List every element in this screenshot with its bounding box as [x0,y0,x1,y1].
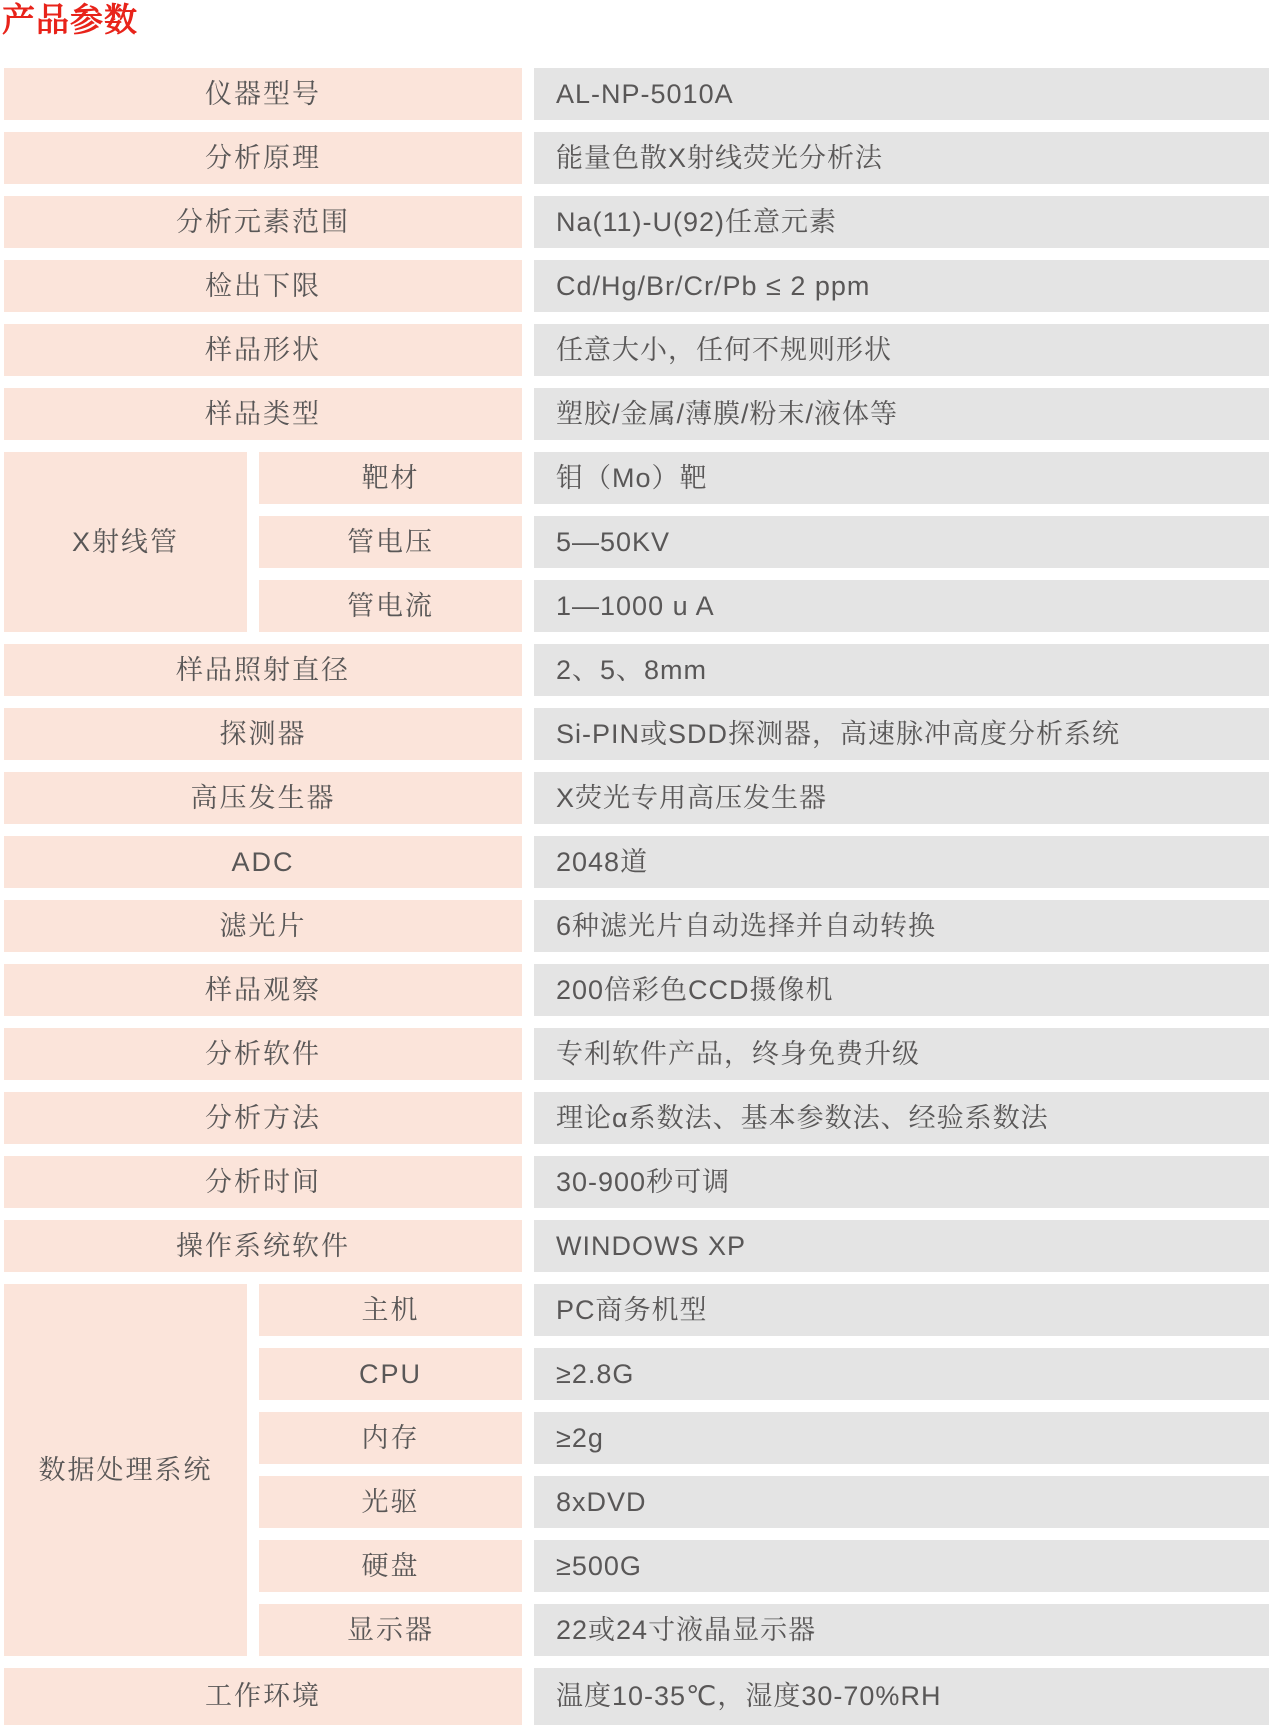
spec-label: 样品观察 [4,964,522,1016]
spec-sub-label: 管电压 [259,516,522,568]
spec-value: ≥500G [534,1540,1269,1592]
spec-value: ≥2.8G [534,1348,1269,1400]
spec-label: 工作环境 [4,1668,522,1725]
spec-value: 能量色散X射线荧光分析法 [534,132,1269,184]
spec-value: AL-NP-5010A [534,68,1269,120]
spec-table: 仪器型号 AL-NP-5010A 分析原理 能量色散X射线荧光分析法 分析元素范… [4,68,1269,1725]
spec-value: 2、5、8mm [534,644,1269,696]
spec-value: 钼（Mo）靶 [534,452,1269,504]
spec-label: 仪器型号 [4,68,522,120]
spec-label: 检出下限 [4,260,522,312]
spec-sub-label: 靶材 [259,452,522,504]
spec-value: 30-900秒可调 [534,1156,1269,1208]
spec-sub-label: 主机 [259,1284,522,1336]
spec-value: 200倍彩色CCD摄像机 [534,964,1269,1016]
spec-value: Cd/Hg/Br/Cr/Pb ≤ 2 ppm [534,260,1269,312]
spec-value: 2048道 [534,836,1269,888]
spec-label: 样品照射直径 [4,644,522,696]
spec-label: 分析元素范围 [4,196,522,248]
spec-label: 高压发生器 [4,772,522,824]
spec-value: 6种滤光片自动选择并自动转换 [534,900,1269,952]
spec-label: 分析时间 [4,1156,522,1208]
spec-value: PC商务机型 [534,1284,1269,1336]
spec-sub-label: 显示器 [259,1604,522,1656]
spec-label: 分析原理 [4,132,522,184]
spec-sub-label: 内存 [259,1412,522,1464]
spec-label: 分析软件 [4,1028,522,1080]
spec-label: 探测器 [4,708,522,760]
spec-label: 分析方法 [4,1092,522,1144]
spec-value: 1—1000 u A [534,580,1269,632]
page-title: 产品参数 [2,0,138,40]
spec-label: ADC [4,836,522,888]
spec-value: 任意大小，任何不规则形状 [534,324,1269,376]
spec-sub-label: 管电流 [259,580,522,632]
spec-value: ≥2g [534,1412,1269,1464]
spec-value: 专利软件产品，终身免费升级 [534,1028,1269,1080]
spec-value: 温度10-35℃，湿度30-70%RH [534,1668,1269,1725]
spec-value: WINDOWS XP [534,1220,1269,1272]
spec-value: 理论α系数法、基本参数法、经验系数法 [534,1092,1269,1144]
spec-label: 样品形状 [4,324,522,376]
spec-value: Si-PIN或SDD探测器，高速脉冲高度分析系统 [534,708,1269,760]
spec-group-label: 数据处理系统 [4,1284,247,1656]
spec-value: 5—50KV [534,516,1269,568]
spec-value: 塑胶/金属/薄膜/粉末/液体等 [534,388,1269,440]
spec-label: 滤光片 [4,900,522,952]
spec-value: Na(11)-U(92)任意元素 [534,196,1269,248]
spec-sub-label: 硬盘 [259,1540,522,1592]
spec-sub-label: CPU [259,1348,522,1400]
spec-label: 操作系统软件 [4,1220,522,1272]
spec-sub-label: 光驱 [259,1476,522,1528]
spec-value: X荧光专用高压发生器 [534,772,1269,824]
spec-value: 8xDVD [534,1476,1269,1528]
spec-value: 22或24寸液晶显示器 [534,1604,1269,1656]
spec-group-label: X射线管 [4,452,247,632]
spec-label: 样品类型 [4,388,522,440]
